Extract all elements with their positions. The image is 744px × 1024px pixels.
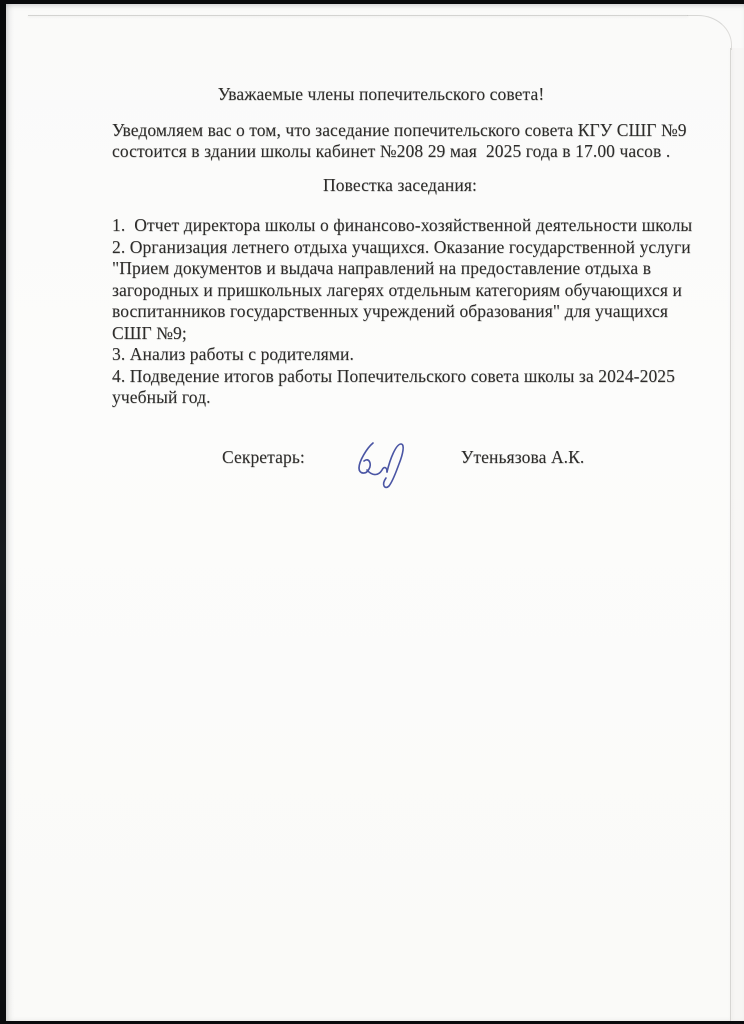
agenda-line: загородных и пришкольных лагерях отдельн… [112,280,688,302]
document-title: Уважаемые члены попечительского совета! [112,84,688,106]
agenda-line: 3. Анализ работы с родителями. [112,344,688,366]
intro-line: Уведомляем вас о том, что заседание попе… [112,120,688,142]
signature-ink [351,436,405,490]
signature-name: Утеньязова А.К. [461,447,585,469]
document-content: Уважаемые члены попечительского совета! … [112,84,688,490]
agenda-line: СШГ №9; [112,323,688,345]
intro-paragraph: Уведомляем вас о том, что заседание попе… [112,120,688,163]
scanned-page: Уважаемые члены попечительского совета! … [0,0,744,1024]
agenda-line: 1. Отчет директора школы о финансово-хоз… [112,215,688,237]
agenda-line: 4. Подведение итогов работы Попечительск… [112,366,688,388]
paper-edge-line-top [28,15,688,16]
agenda-heading: Повестка заседания: [112,175,688,197]
paper-edge-line-right [730,48,731,1021]
scan-edge-left [0,0,6,1024]
intro-line: состоится в здании школы кабинет №208 29… [112,141,688,163]
paper-sheet: Уважаемые члены попечительского совета! … [6,4,744,1021]
signature-label: Секретарь: [222,447,305,469]
agenda-line: "Прием документов и выдача направлений н… [112,258,688,280]
signature-row: Секретарь: Утеньязова А.К. [112,447,688,490]
scan-edge-top [0,0,744,4]
agenda-line: учебный год. [112,387,688,409]
agenda-line: воспитанников государственных учреждений… [112,301,688,323]
agenda-line: 2. Организация летнего отдыха учащихся. … [112,237,688,259]
agenda-list: 1. Отчет директора школы о финансово-хоз… [112,215,688,409]
paper-corner-curve [687,15,732,50]
paper-right-shade [731,48,744,1021]
